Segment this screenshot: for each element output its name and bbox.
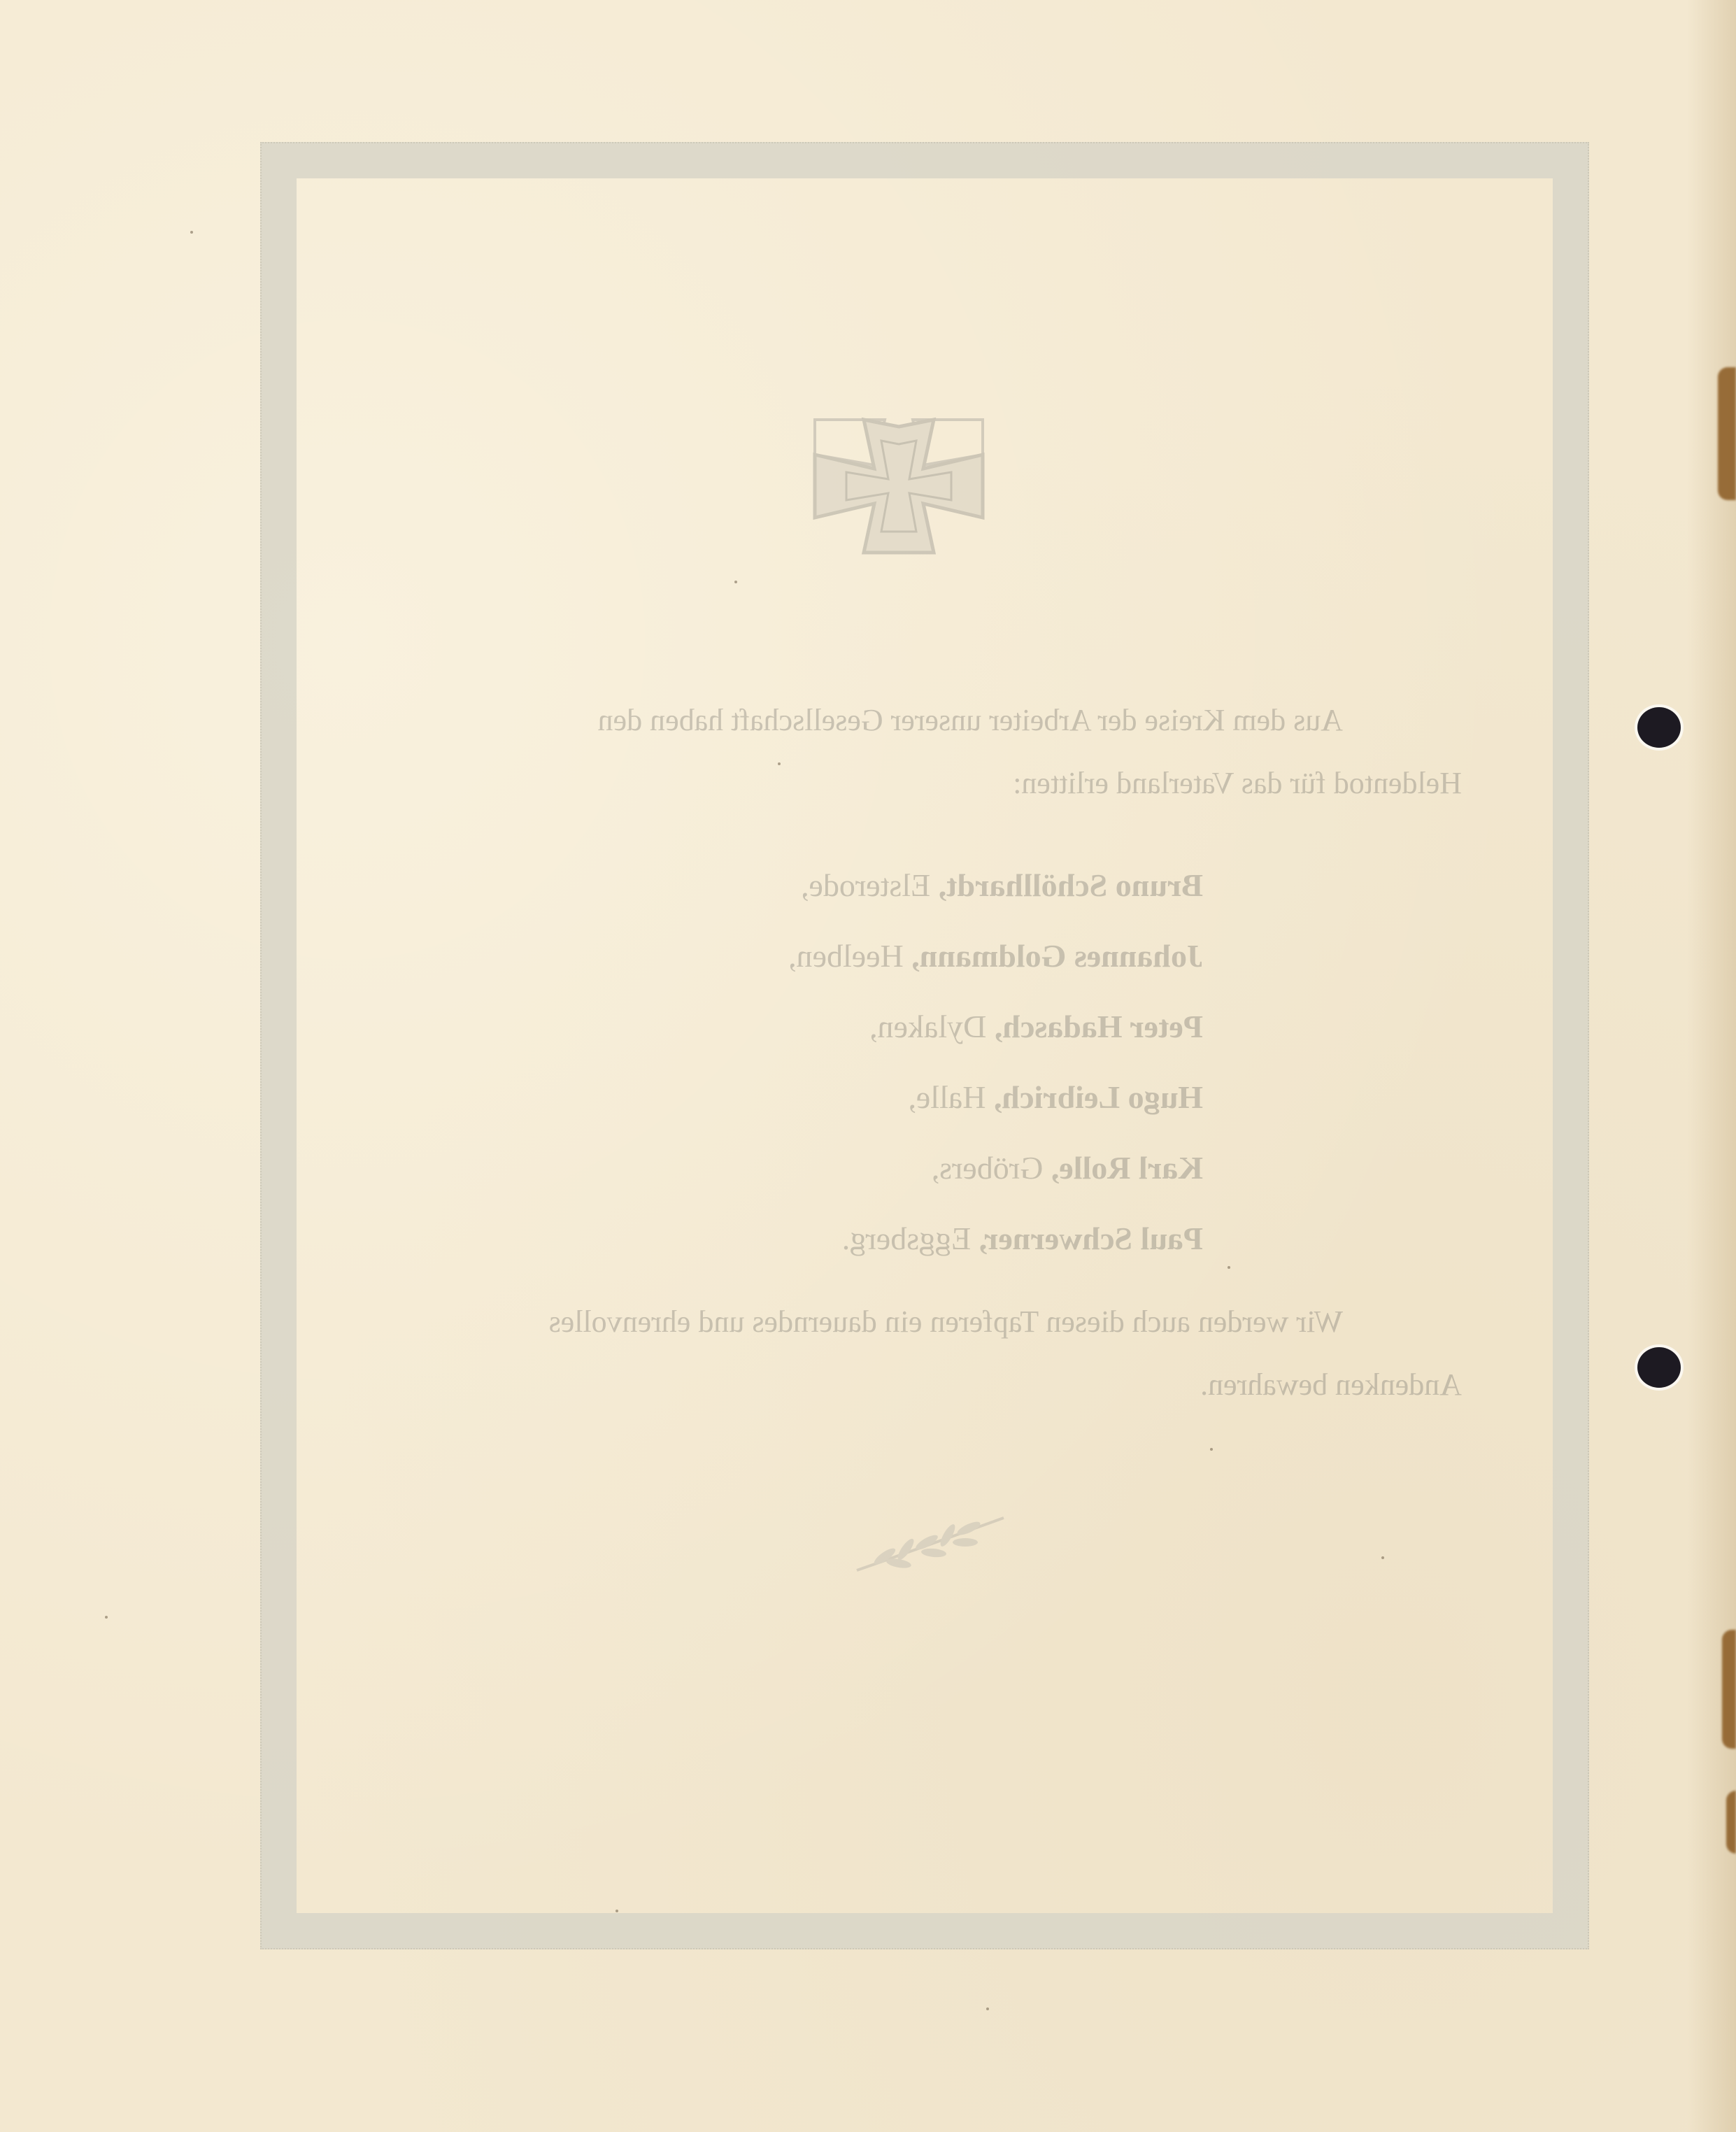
intro-line-2: Heldentod für das Vaterland erlitten: — [381, 752, 1462, 815]
paper-speck — [1381, 1556, 1384, 1559]
punch-hole — [1637, 707, 1681, 748]
fallen-list: Bruno Schöllhardt, Elsterode, Johannes G… — [699, 850, 1203, 1274]
paper-speck — [1210, 1448, 1213, 1451]
intro-line-1: Aus dem Kreise der Arbeiter unserer Gese… — [598, 703, 1343, 737]
edge-stain — [1718, 367, 1736, 500]
closing-line-2: Andenken bewahren. — [381, 1353, 1462, 1416]
paper-speck — [986, 2007, 989, 2010]
list-item: Johannes Goldmann, Heelben, — [699, 921, 1203, 991]
paper-speck — [105, 1616, 108, 1619]
closing-paragraph: Wir werden auch diesen Tapferen ein daue… — [381, 1291, 1462, 1416]
paper-speck — [616, 1910, 618, 1912]
edge-stain — [1726, 1791, 1736, 1854]
laurel-branch-icon — [850, 1504, 1011, 1581]
iron-cross-icon — [801, 413, 997, 560]
closing-line-1: Wir werden auch diesen Tapferen ein daue… — [549, 1305, 1343, 1339]
edge-stain — [1722, 1630, 1736, 1749]
punch-hole — [1637, 1347, 1681, 1388]
paper-speck — [778, 762, 781, 765]
list-item: Karl Rolle, Gröbers, — [699, 1132, 1203, 1203]
intro-paragraph: Aus dem Kreise der Arbeiter unserer Gese… — [381, 689, 1462, 815]
paper-speck — [734, 581, 737, 583]
list-item: Paul Schwerner, Eggsberg. — [699, 1203, 1203, 1274]
paper-speck — [190, 231, 193, 234]
list-item: Peter Hadasch, Dylaken, — [699, 991, 1203, 1062]
list-item: Bruno Schöllhardt, Elsterode, — [699, 850, 1203, 921]
paper-speck — [1228, 1266, 1230, 1269]
list-item: Hugo Leibrich, Halle, — [699, 1062, 1203, 1132]
